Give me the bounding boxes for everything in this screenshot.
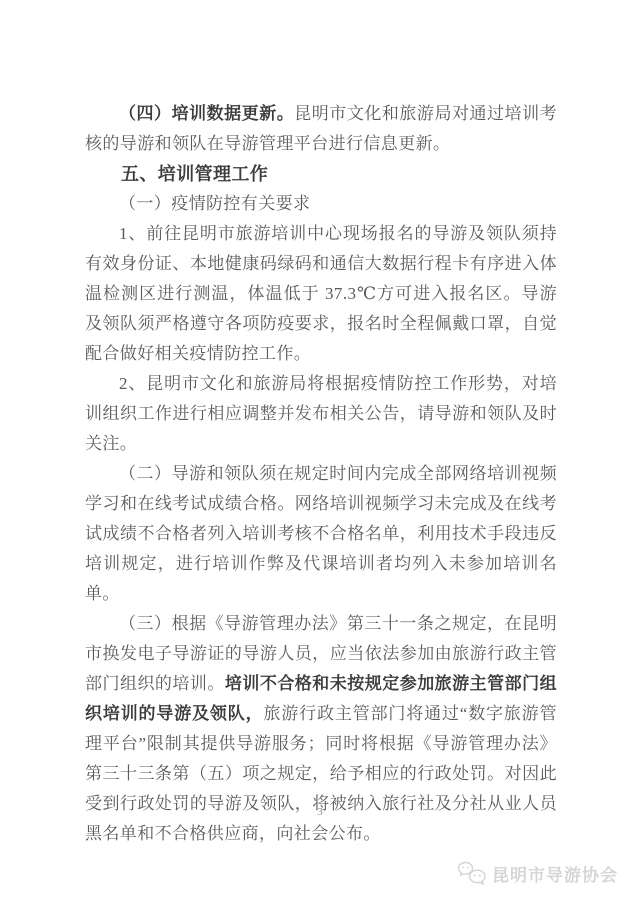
- text-run: （二）导游和领队须在规定时间内完成全部网络培训视频学习和在线考试成绩合格。网络培…: [85, 464, 557, 603]
- text-run: （一）疫情防控有关要求: [119, 194, 310, 213]
- section-heading: 五、培训管理工作: [85, 159, 557, 189]
- text-run: （四）培训数据更新。: [119, 104, 294, 123]
- watermark-label: 昆明市导游协会: [492, 861, 618, 886]
- text-run: 1、前往昆明市旅游培训中心现场报名的导游及领队须持有效身份证、本地健康码绿码和通…: [85, 224, 557, 363]
- footer-watermark: 昆明市导游协会: [457, 860, 618, 887]
- text-run: 旅游行政主管部门将通过“数字旅游管理平台”限制其提供导游服务；同时将根据《导游管…: [85, 704, 557, 843]
- chat-bubbles-icon: [457, 860, 487, 887]
- text-run: 2、昆明市文化和旅游局将根据疫情防控工作形势，对培训组织工作进行相应调整并发布相…: [85, 374, 557, 453]
- paragraph: （二）导游和领队须在规定时间内完成全部网络培训视频学习和在线考试成绩合格。网络培…: [85, 459, 557, 609]
- page-number: 3: [0, 806, 640, 818]
- paragraph: 1、前往昆明市旅游培训中心现场报名的导游及领队须持有效身份证、本地健康码绿码和通…: [85, 219, 557, 369]
- document-body: （四）培训数据更新。昆明市文化和旅游局对通过培训考核的导游和领队在导游管理平台进…: [85, 99, 557, 849]
- paragraph: （一）疫情防控有关要求: [85, 189, 557, 219]
- text-run: 五、培训管理工作: [121, 164, 268, 184]
- paragraph: （四）培训数据更新。昆明市文化和旅游局对通过培训考核的导游和领队在导游管理平台进…: [85, 99, 557, 159]
- paragraph: 2、昆明市文化和旅游局将根据疫情防控工作形势，对培训组织工作进行相应调整并发布相…: [85, 369, 557, 459]
